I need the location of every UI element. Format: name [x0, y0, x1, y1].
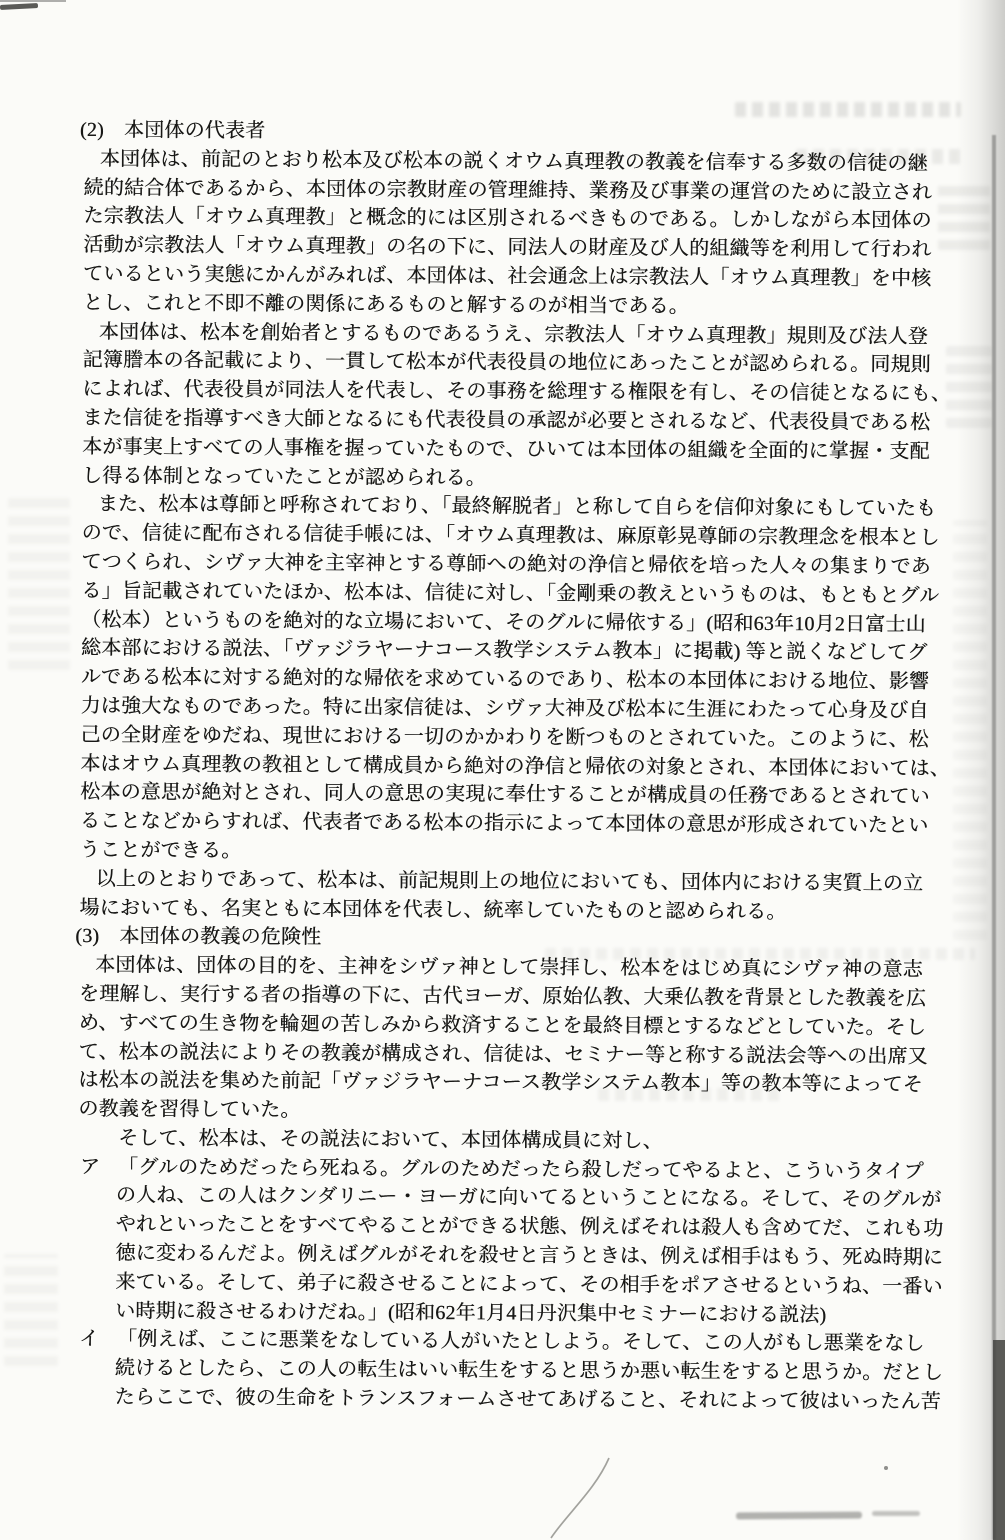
text-lines: (2)本団体の代表者本団体は、前記のとおり松本及び松本の説くオウム真理教の教義を… [77, 116, 969, 1417]
line-text: は松本の説法を集めた前記「ヴァジラヤーナコース教学システム教本」等の教本等によっ… [78, 1069, 923, 1096]
line-text: また、松本は尊師と呼称されており、「最終解脱者」と称して自らを信仰対象にもしてい… [98, 493, 937, 520]
text-line: そして、松本は、その説法において、本団体構成員に対し、 [78, 1124, 963, 1158]
line-text: 本団体の代表者 [124, 119, 266, 142]
line-text: た宗教法人「オウム真理教」と概念的には区別されるべきものである。しかしながら本団… [83, 205, 931, 232]
line-text: 「グルのためだったら死ねる。グルのためだったら殺しだってやるよと、こういうタイプ [118, 1156, 924, 1183]
line-text: 本団体は、松本を創始者とするものであるうえ、宗教法人「オウム真理教」規則及び法人… [99, 321, 928, 348]
text-line: る」旨記載されていたほか、松本は、信徒に対し、「金剛乗の教えというものは、もとも… [81, 577, 966, 611]
line-text: 来ている。そして、弟子に殺させることによって、その相手をポアさせるというね、一番… [115, 1271, 943, 1298]
line-text: ることなどからすれば、代表者である松本の指示によって本団体の意思が形成されていた… [80, 810, 929, 837]
scan-curve-mark [549, 1456, 615, 1540]
scan-smudge [872, 1511, 920, 1516]
line-text: そして、松本は、その説法において、本団体構成員に対し、 [118, 1127, 663, 1152]
line-text: 場においても、名実ともに本団体を代表し、統率していたものと認められる。 [79, 897, 786, 923]
line-text: てつくられ、シヴァ大神を主宰神とする尊師への絶対の浄信と帰依を培った人々の集まり… [81, 551, 931, 578]
line-text: 「例えば、ここに悪業をなしている人がいたとしよう。そして、この人がもし悪業をなし [117, 1329, 925, 1356]
line-label: ア [80, 1153, 118, 1182]
scan-spine-line [992, 135, 996, 1540]
line-text: 総本部における説法、「ヴァジラヤーナコース教学システム教本」に掲載) 等と説くな… [81, 637, 928, 664]
line-text: い時期に殺させるわけだね。」(昭和62年1月4日丹沢集中セミナーにおける説法) [115, 1300, 826, 1326]
line-text: 本団体は、団体の目的を、主神をシヴァ神として崇拝し、松本をはじめ真にシヴァ神の意… [95, 954, 923, 981]
line-text: し得る体制となっていたことが認められる。 [82, 465, 486, 489]
line-text: ルである松本に対する絶対的な帰依を求めているのであり、松本の本団体における地位、… [81, 666, 930, 693]
text-line: うことができる。 [80, 836, 965, 870]
text-line: 来ている。そして、弟子に殺させることによって、その相手をポアさせるというね、一番… [77, 1268, 962, 1302]
text-line: め、すべての生き物を輪廻の苦しみから救済することを最終目標とするなどとしていた。… [79, 1009, 964, 1043]
line-text: 松本の意思が絶対とされ、同人の意思の実現に奉仕することが構成員の任務であるとされ… [80, 781, 930, 808]
bleedthrough-artifact [8, 498, 70, 670]
line-label: (3) [75, 922, 119, 951]
scan-smudge [736, 1512, 862, 1520]
text-line: 力は強大なものであった。特に出家信徒は、シヴァ大神及び松本に生涯にわたって心身及… [81, 692, 966, 726]
scan-corner-mark [0, 3, 38, 10]
line-label: イ [79, 1325, 117, 1354]
text-line: 本団体は、前記のとおり松本及び松本の説くオウム真理教の教義を信奉する多数の信徒の… [84, 145, 969, 179]
document-body: (2)本団体の代表者本団体は、前記のとおり松本及び松本の説くオウム真理教の教義を… [77, 116, 969, 1417]
line-text: 活動が宗教法人「オウム真理教」の名の下に、同法人の財産及び人的組織等を利用して行… [83, 234, 931, 261]
bleedthrough-artifact [4, 1254, 58, 1366]
line-text: 本はオウム真理教の教祖として構成員から絶対の浄信と帰依の対象とされ、本団体におい… [80, 753, 950, 780]
scan-speck [884, 1466, 888, 1470]
text-line: たらここで、彼の生命をトランスフォームさせてあげること、それによって彼はいったん… [77, 1383, 962, 1417]
scanned-document-page: (2)本団体の代表者本団体は、前記のとおり松本及び松本の説くオウム真理教の教義を… [0, 0, 1005, 1540]
line-text: て、松本の説法によりその教義が構成され、信徒は、セミナー等と称する説法会等への出… [79, 1040, 928, 1067]
line-text: ので、信徒に配布される信徒手帳には、「オウム真理教は、麻原彰晃尊師の宗教理念を根… [82, 522, 940, 549]
line-text: （松本）というものを絶対的な立場において、そのグルに帰依する」(昭和63年10月… [81, 609, 926, 636]
line-text: め、すべての生き物を輪廻の苦しみから救済することを最終目標とするなどとしていた。… [79, 1012, 926, 1039]
line-text: 本団体は、前記のとおり松本及び松本の説くオウム真理教の教義を信奉する多数の信徒の… [100, 148, 928, 175]
scan-spine-shadow-bottom [993, 1340, 1005, 1540]
line-text: る」旨記載されていたほか、松本は、信徒に対し、「金剛乗の教えというものは、もとも… [81, 580, 939, 607]
text-line: を理解し、実行する者の指導の下に、古代ヨーガ、原始仏教、大乗仏教を背景とした教義… [79, 980, 964, 1014]
line-text: やれといったことをすべてやることができる状態、例えばそれは殺人も含めてだ、これも… [116, 1213, 944, 1240]
text-line: とし、これと不即不離の関係にあるものと解するのが相当である。 [83, 289, 968, 323]
line-text: 続けるとしたら、この人の転生はいい転生をすると思うか悪い転生をすると思うか。だと… [115, 1357, 943, 1384]
scan-corner-line [0, 0, 66, 2]
scan-spine-shadow [957, 0, 1005, 1540]
line-text: 己の全財産をゆだね、現世における一切のかかわりを断つものとされていた。このように… [80, 724, 929, 751]
line-text: 徳に変わるんだよ。例えばグルがそれを殺せと言うときは、例えば相手はもう、死ぬ時期… [115, 1242, 943, 1269]
line-text: の教義を習得していた。 [78, 1098, 300, 1121]
line-text: ているという実態にかんがみれば、本団体は、社会通念上は宗教法人「オウム真理教」を… [83, 263, 931, 290]
line-text: 力は強大なものであった。特に出家信徒は、シヴァ大神及び松本に生涯にわたって心身及… [81, 695, 929, 722]
line-text: 続的結合体であるから、本団体の宗教財産の管理維持、業務及び事業の運営のために設立… [84, 177, 933, 204]
line-label: (2) [80, 116, 124, 145]
line-text: とし、これと不即不離の関係にあるものと解するのが相当である。 [83, 292, 689, 317]
line-text: の人ね、この人はクンダリニー・ヨーガに向いてるということになる。そして、そのグル… [116, 1185, 942, 1212]
line-text: また信徒を指導すべき大師となるにも代表役員の承認が必要とされるなど、代表役員であ… [82, 407, 930, 434]
line-text: うことができる。 [80, 839, 242, 862]
line-text: 記簿謄本の各記載により、一貫して松本が代表役員の地位にあったことが認められる。同… [83, 349, 931, 376]
line-text: たらここで、彼の生命をトランスフォームさせてあげること、それによって彼はいったん… [115, 1386, 941, 1413]
text-line: 本が事実上すべての人事権を握っていたもので、ひいては本団体の組織を全面的に掌握・… [82, 433, 967, 467]
line-text: 本団体の教義の危険性 [119, 926, 321, 949]
bleedthrough-artifact [735, 102, 961, 117]
line-text: 本が事実上すべての人事権を握っていたもので、ひいては本団体の組織を全面的に掌握・… [82, 436, 930, 463]
text-line: 以上のとおりであって、松本は、前記規則上の地位においても、団体内における実質上の… [80, 865, 965, 899]
line-text: を理解し、実行する者の指導の下に、古代ヨーガ、原始仏教、大乗仏教を背景とした教義… [79, 983, 926, 1010]
text-line: 己の全財産をゆだね、現世における一切のかかわりを断つものとされていた。このように… [80, 721, 965, 755]
line-text: によれば、代表役員が同法人を代表し、その事務を総理する権限を有し、その信徒となる… [82, 378, 951, 405]
line-text: 以上のとおりであって、松本は、前記規則上の地位においても、団体内における実質上の… [96, 868, 924, 895]
